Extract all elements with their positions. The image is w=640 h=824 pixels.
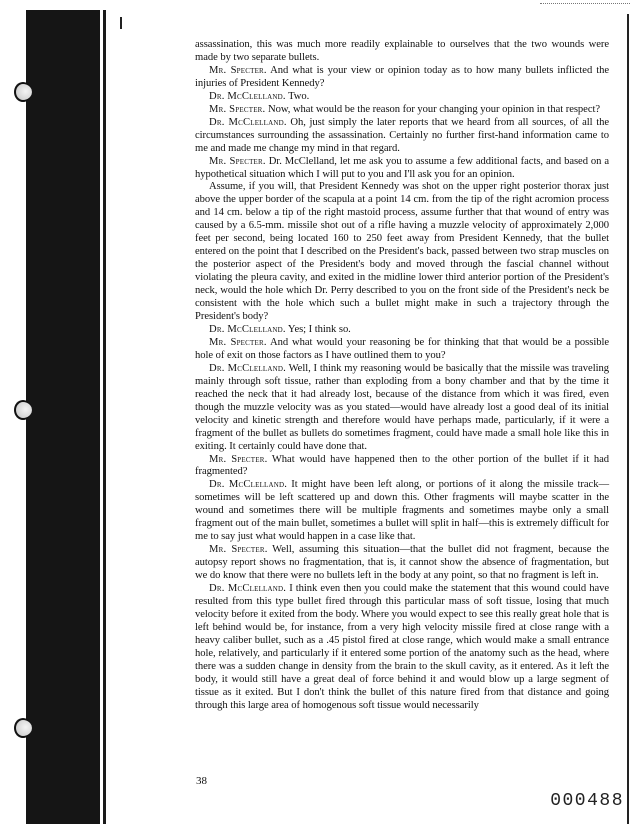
transcript-paragraph: Dr. McClelland. Yes; I think so. [195,324,609,337]
speaker-name: Mr. Specter. [209,65,267,76]
speaker-name: Dr. McClelland. [209,324,286,335]
transcript-paragraph: Mr. Specter. And what is your view or op… [195,65,609,91]
scan-mark [120,17,122,29]
transcript-paragraph: Dr. McClelland. It might have been left … [195,479,609,544]
punch-hole-icon [14,400,32,420]
transcript-paragraph: Dr. McClelland. I think even then you co… [195,583,609,713]
transcript-paragraph: Dr. McClelland. Well, I think my reasoni… [195,363,609,454]
transcript-paragraph: Dr. McClelland. Two. [195,91,609,104]
speaker-name: Dr. McClelland. [209,363,286,374]
transcript-paragraph: Mr. Specter. Well, assuming this situati… [195,544,609,583]
paragraph-text: Yes; I think so. [286,324,351,335]
right-page-edge [627,14,629,824]
binding-edge-line [103,10,106,824]
top-edge-mark [540,3,630,5]
speaker-name: Dr. McClelland. [209,91,286,102]
speaker-name: Mr. Specter. [209,544,268,555]
transcript-paragraph: Dr. McClelland. Oh, just simply the late… [195,117,609,156]
speaker-name: Mr. Specter. [209,337,267,348]
paragraph-text: Two. [286,91,310,102]
transcript-paragraph: Mr. Specter. Now, what would be the reas… [195,104,609,117]
punch-hole-icon [14,718,32,738]
paragraph-text: Well, I think my reasoning would be basi… [195,363,609,452]
speaker-name: Mr. Specter. [209,454,267,465]
paragraph-text: assassination, this was much more readil… [195,39,609,63]
transcript-paragraph: Mr. Specter. Dr. McClelland, let me ask … [195,156,609,182]
speaker-name: Dr. McClelland. [209,583,286,594]
transcript-paragraph: Assume, if you will, that President Kenn… [195,181,609,323]
transcript-paragraph: assassination, this was much more readil… [195,39,609,65]
speaker-name: Mr. Specter. [209,156,266,167]
speaker-name: Dr. McClelland. [209,479,287,490]
transcript-body: assassination, this was much more readil… [195,39,609,713]
page-number: 38 [196,775,207,787]
transcript-paragraph: Mr. Specter. And what would your reasoni… [195,337,609,363]
transcript-paragraph: Mr. Specter. What would have happened th… [195,454,609,480]
paragraph-text: I think even then you could make the sta… [195,583,609,711]
paragraph-text: Assume, if you will, that President Kenn… [195,181,609,322]
document-id-stamp: 000488 [550,791,624,811]
punch-hole-icon [14,82,32,102]
speaker-name: Mr. Specter. [209,104,265,115]
paragraph-text: Now, what would be the reason for your c… [265,104,600,115]
binding-strip [26,10,100,824]
speaker-name: Dr. McClelland. [209,117,287,128]
